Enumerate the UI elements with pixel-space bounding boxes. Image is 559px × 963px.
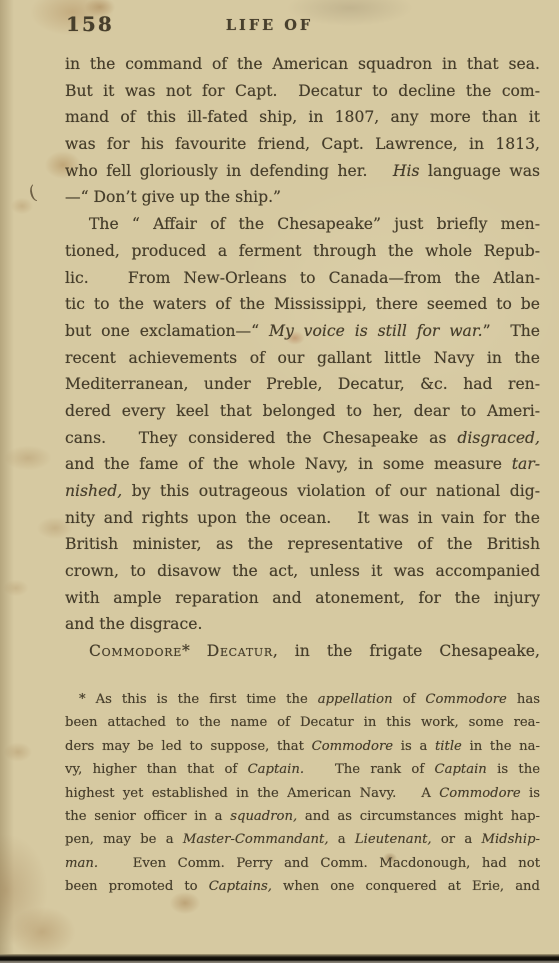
- text-segment: a: [329, 832, 355, 847]
- text-segment: lic. From New-Orleans to Canada—from the…: [65, 269, 540, 287]
- text-segment: highest yet established in the American …: [65, 786, 439, 801]
- body-text: in the command of the American squadron …: [65, 51, 540, 665]
- stray-ink-mark: (: [26, 181, 39, 204]
- italic-text: appellation: [318, 692, 393, 707]
- text-segment: ” The: [483, 322, 540, 340]
- italic-text: title: [435, 739, 462, 754]
- text-segment: tioned, produced a ferment through the w…: [65, 242, 540, 260]
- text-segment: or a: [432, 832, 482, 847]
- text-segment: but one exclamation—“: [65, 322, 269, 340]
- italic-text: Commodore: [312, 739, 393, 754]
- text-segment: crown, to disavow the act, unless it was…: [65, 562, 540, 580]
- text-line: and the fame of the whole Navy, in some …: [65, 451, 540, 478]
- text-line: highest yet established in the American …: [65, 782, 540, 805]
- text-line: The “ Affair of the Chesapeake” just bri…: [65, 211, 540, 238]
- italic-text: Commodore: [425, 692, 506, 707]
- text-segment: been attached to the name of Decatur in …: [65, 715, 540, 730]
- text-segment: Mediterranean, under Preble, Decatur, &c…: [65, 375, 540, 393]
- text-line: nity and rights upon the ocean. It was i…: [65, 505, 540, 532]
- text-segment: by this outrageous violation of our nati…: [122, 482, 540, 500]
- text-segment: * As this is the first time the: [79, 692, 318, 707]
- text-segment: language was: [420, 162, 540, 180]
- italic-text: Commodore: [439, 786, 520, 801]
- text-segment: vy, higher than that of: [65, 762, 248, 777]
- text-segment: recent achievements of our gallant littl…: [65, 349, 540, 367]
- text-segment: —“ Don’t give up the ship.”: [65, 188, 281, 206]
- text-segment: The “ Affair of the Chesapeake” just bri…: [89, 215, 540, 233]
- text-line: ders may be led to suppose, that Commodo…: [65, 735, 540, 758]
- text-segment: who fell gloriously in defending her.: [65, 162, 393, 180]
- text-line: tic to the waters of the Mississippi, th…: [65, 291, 540, 318]
- text-line: man. Even Comm. Perry and Comm. Macdonou…: [65, 852, 540, 875]
- text-segment: The rank of: [304, 762, 434, 777]
- text-line: British minister, as the representative …: [65, 531, 540, 558]
- text-line: been promoted to Captains, when one conq…: [65, 875, 540, 898]
- text-segment: of: [393, 692, 426, 707]
- text-line: lic. From New-Orleans to Canada—from the…: [65, 265, 540, 292]
- text-line: been attached to the name of Decatur in …: [65, 711, 540, 734]
- scan-edge-bar: [0, 954, 559, 963]
- text-segment: and the disgrace.: [65, 615, 202, 633]
- italic-text: Captains,: [209, 879, 272, 894]
- text-line: with ample reparation and atonement, for…: [65, 585, 540, 612]
- text-line: in the command of the American squadron …: [65, 51, 540, 78]
- text-segment: mand of this ill-fated ship, in 1807, an…: [65, 108, 540, 126]
- text-segment: with ample reparation and atonement, for…: [65, 589, 540, 607]
- text-segment: is a: [393, 739, 435, 754]
- footnote-text: * As this is the first time the appellat…: [65, 688, 540, 899]
- text-line: the senior officer in a squadron, and as…: [65, 805, 540, 828]
- text-segment: pen, may be a: [65, 832, 183, 847]
- text-line: who fell gloriously in defending her. Hi…: [65, 158, 540, 185]
- text-segment: But it was not for Capt. Decatur to decl…: [65, 82, 540, 100]
- italic-text: nished,: [65, 482, 122, 500]
- text-line: tioned, produced a ferment through the w…: [65, 238, 540, 265]
- small-caps-text: Decatur: [207, 642, 273, 660]
- text-line: mand of this ill-fated ship, in 1807, an…: [65, 104, 540, 131]
- text-segment: nity and rights upon the ocean. It was i…: [65, 509, 540, 527]
- text-segment: and the fame of the whole Navy, in some …: [65, 455, 512, 473]
- text-segment: Even Comm. Perry and Comm. Macdonough, h…: [98, 856, 540, 871]
- text-segment: *: [182, 642, 207, 660]
- text-line: Commodore* Decatur, in the frigate Chesa…: [65, 638, 540, 665]
- italic-text: Captain.: [248, 762, 304, 777]
- italic-text: Master-Commandant,: [183, 832, 329, 847]
- text-line: vy, higher than that of Captain. The ran…: [65, 758, 540, 781]
- text-segment: been promoted to: [65, 879, 209, 894]
- italic-text: disgraced,: [457, 429, 540, 447]
- italic-text: Captain: [435, 762, 487, 777]
- text-line: was for his favourite friend, Capt. Lawr…: [65, 131, 540, 158]
- text-line: —“ Don’t give up the ship.”: [65, 184, 540, 211]
- italic-text: His: [393, 162, 420, 180]
- book-page-scan: 158 LIFE OF ( in the command of the Amer…: [0, 0, 559, 963]
- running-header: LIFE OF: [0, 17, 539, 34]
- text-segment: , in the frigate Chesapeake,: [273, 642, 540, 660]
- text-segment: in the command of the American squadron …: [65, 55, 540, 73]
- text-segment: has: [507, 692, 540, 707]
- text-line: nished, by this outrageous violation of …: [65, 478, 540, 505]
- text-line: recent achievements of our gallant littl…: [65, 345, 540, 372]
- text-line: dered every keel that belonged to her, d…: [65, 398, 540, 425]
- italic-text: squadron,: [230, 809, 297, 824]
- text-segment: tic to the waters of the Mississippi, th…: [65, 295, 540, 313]
- text-segment: the senior officer in a: [65, 809, 230, 824]
- text-segment: is the: [487, 762, 540, 777]
- italic-text: man.: [65, 856, 98, 871]
- italic-text: My voice is still for war.: [269, 322, 483, 340]
- text-segment: British minister, as the representative …: [65, 535, 540, 553]
- text-line: pen, may be a Master-Commandant, a Lieut…: [65, 828, 540, 851]
- text-line: But it was not for Capt. Decatur to decl…: [65, 78, 540, 105]
- small-caps-text: Commodore: [89, 642, 182, 660]
- text-line: cans. They considered the Chesapeake as …: [65, 425, 540, 452]
- italic-text: Lieutenant,: [355, 832, 432, 847]
- text-segment: dered every keel that belonged to her, d…: [65, 402, 540, 420]
- text-segment: is: [521, 786, 540, 801]
- text-segment: ders may be led to suppose, that: [65, 739, 312, 754]
- text-segment: was for his favourite friend, Capt. Lawr…: [65, 135, 540, 153]
- text-line: and the disgrace.: [65, 611, 540, 638]
- text-line: * As this is the first time the appellat…: [65, 688, 540, 711]
- text-segment: when one conquered at Erie, and: [272, 879, 540, 894]
- text-line: Mediterranean, under Preble, Decatur, &c…: [65, 371, 540, 398]
- text-line: crown, to disavow the act, unless it was…: [65, 558, 540, 585]
- italic-text: Midship-: [481, 832, 540, 847]
- text-line: but one exclamation—“ My voice is still …: [65, 318, 540, 345]
- text-segment: in the na-: [462, 739, 540, 754]
- text-segment: and as circumstances might hap-: [297, 809, 540, 824]
- text-segment: cans. They considered the Chesapeake as: [65, 429, 457, 447]
- italic-text: tar-: [512, 455, 540, 473]
